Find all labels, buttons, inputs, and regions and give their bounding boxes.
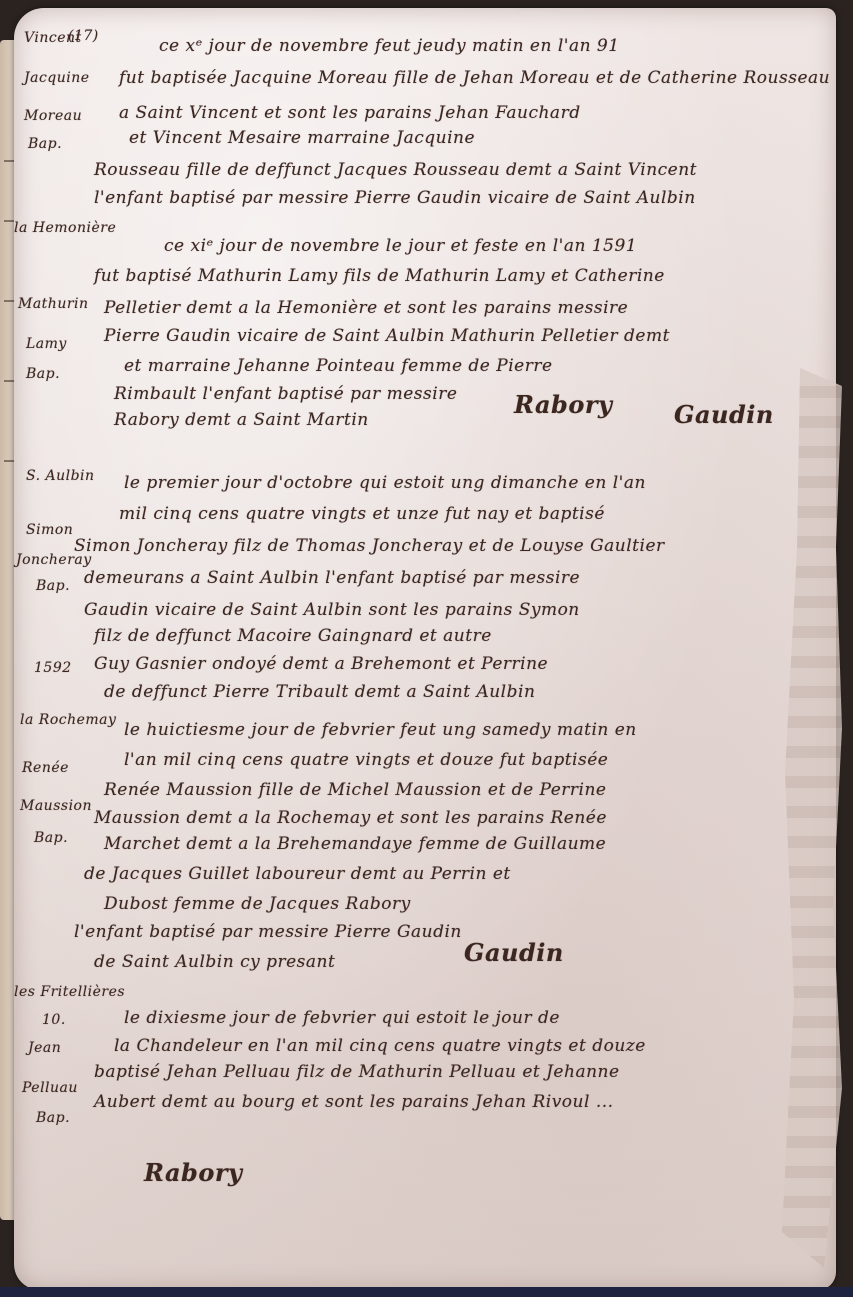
margin-note: Bap. [26,366,60,382]
entry-line: fut baptisé Mathurin Lamy fils de Mathur… [94,266,665,286]
margin-note: Renée [22,760,69,776]
entry-line: Aubert demt au bourg et sont les parains… [94,1092,614,1112]
margin-note: Vincent [24,30,82,46]
entry-line: la Chandeleur en l'an mil cinq cens quat… [114,1036,646,1056]
entry-line: fut baptisée Jacquine Moreau fille de Je… [119,68,830,88]
margin-note: Moreau [24,108,82,124]
entry-line: filz de deffunct Macoire Gaingnard et au… [94,626,492,646]
margin-note: Bap. [34,830,68,846]
entry-line: Rabory demt a Saint Martin [114,410,369,430]
margin-note: Maussion [20,798,92,814]
entry-line: le premier jour d'octobre qui estoit ung… [124,473,646,493]
margin-note: la Hemonière [14,220,116,236]
entry-line: Pierre Gaudin vicaire de Saint Aulbin Ma… [104,326,670,346]
margin-note: Bap. [36,1110,70,1126]
margin-note: Bap. [28,136,62,152]
entry-line: et Vincent Mesaire marraine Jacquine [129,128,475,148]
margin-note: Simon [26,522,73,538]
torn-page-edge [782,368,842,1268]
entry-line: a Saint Vincent et sont les parains Jeha… [119,103,581,123]
entry-line: de deffunct Pierre Tribault demt a Saint… [104,682,535,702]
entry-line: Pelletier demt a la Hemonière et sont le… [104,298,628,318]
entry-line: demeurans a Saint Aulbin l'enfant baptis… [84,568,580,588]
margin-note: 10. [42,1012,66,1028]
margin-note: S. Aulbin [26,468,95,484]
entry-line: l'enfant baptisé par messire Pierre Gaud… [74,922,462,942]
entry-line: Gaudin vicaire de Saint Aulbin sont les … [84,600,580,620]
margin-note: la Rochemay [20,712,116,728]
entry-line: Rousseau fille de deffunct Jacques Rouss… [94,160,697,180]
entry-line: le huictiesme jour de febvrier feut ung … [124,720,637,740]
margin-note: Jean [28,1040,61,1056]
entry-line: ce xiᵉ jour de novembre le jour et feste… [164,236,637,256]
entry-line: Simon Joncheray filz de Thomas Joncheray… [74,536,665,556]
margin-note: Pelluau [22,1080,78,1096]
entry-line: Maussion demt a la Rochemay et sont les … [94,808,607,828]
entry-line: Guy Gasnier ondoyé demt a Brehemont et P… [94,654,548,674]
year-note: 1592 [34,660,72,676]
signature: Rabory [514,390,612,419]
register-page: (17) Vincent Jacquine Moreau Bap. ce xᵉ … [14,8,836,1290]
entry-line: Marchet demt a la Brehemandaye femme de … [104,834,606,854]
entry-line: baptisé Jehan Pelluau filz de Mathurin P… [94,1062,620,1082]
entry-line: l'an mil cinq cens quatre vingts et douz… [124,750,608,770]
entry-line: Renée Maussion fille de Michel Maussion … [104,780,606,800]
entry-line: de Jacques Guillet laboureur demt au Per… [84,864,511,884]
margin-note: Mathurin [18,296,89,312]
margin-note: Lamy [26,336,67,352]
entry-line: et marraine Jehanne Pointeau femme de Pi… [124,356,553,376]
margin-note: les Fritellières [14,984,125,1000]
entry-line: Dubost femme de Jacques Rabory [104,894,411,914]
entry-line: mil cinq cens quatre vingts et unze fut … [119,504,605,524]
entry-line: Rimbault l'enfant baptisé par messire [114,384,457,404]
signature: Gaudin [464,938,564,967]
entry-line: l'enfant baptisé par messire Pierre Gaud… [94,188,696,208]
margin-note: Bap. [36,578,70,594]
background-surface [0,1287,853,1297]
entry-line: ce xᵉ jour de novembre feut jeudy matin … [159,36,620,56]
entry-line: de Saint Aulbin cy presant [94,952,335,972]
entry-line: le dixiesme jour de febvrier qui estoit … [124,1008,560,1028]
signature: Gaudin [674,400,774,429]
margin-note: Jacquine [24,70,90,86]
signature: Rabory [144,1158,242,1187]
